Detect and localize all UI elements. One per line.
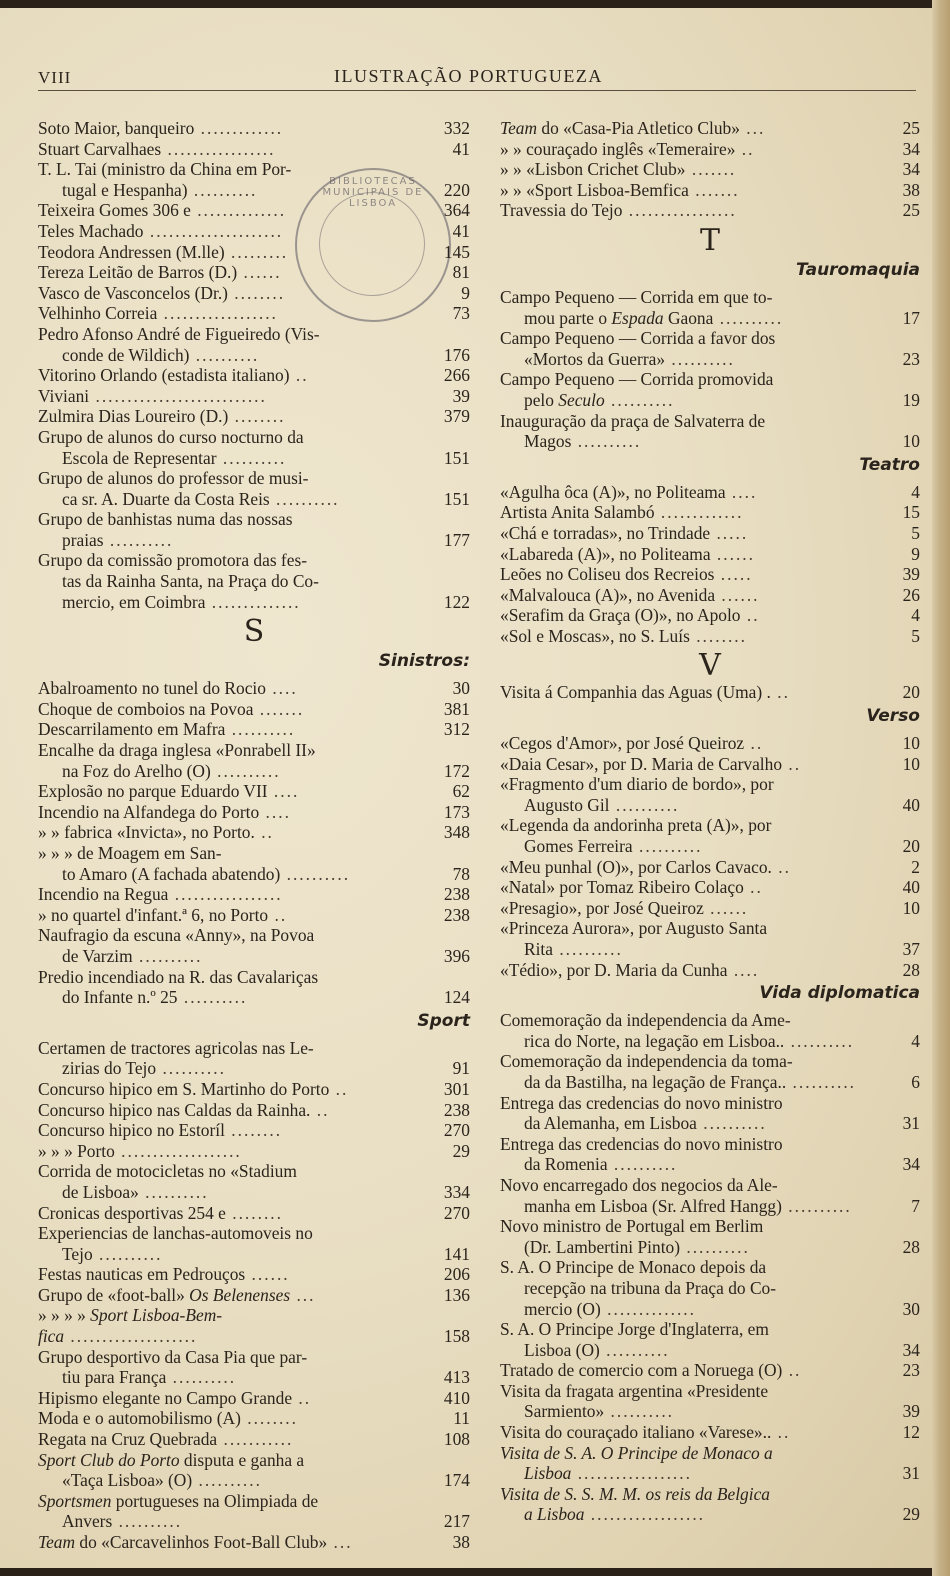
entry-line: Teodora Andressen (M.lle) xyxy=(38,242,225,262)
leader-dots: .. xyxy=(268,905,287,925)
page-reference: 217 xyxy=(432,1511,470,1532)
entry-text: Novo encarregado dos negocios da Ale-man… xyxy=(500,1175,882,1216)
entry-line: Leões no Coliseu dos Recreios xyxy=(500,564,714,584)
section-letter-t: T xyxy=(500,225,920,257)
index-entry: Incendio na Alfandega do Porto ....173 xyxy=(38,802,470,823)
entry-text: «Natal» por Tomaz Ribeiro Colaço .. xyxy=(500,877,882,898)
entry-text: Hipismo elegante no Campo Grande .. xyxy=(38,1388,432,1409)
entry-text: Concurso hipico em S. Martinho do Porto … xyxy=(38,1079,432,1100)
entry-continuation: da Romenia .......... xyxy=(500,1154,882,1175)
entry-continuation: to Amaro (A fachada abatendo) .......... xyxy=(38,864,432,885)
entry-continuation: «Taça Lisboa» (O) .......... xyxy=(38,1470,432,1491)
leader-dots: .......... xyxy=(680,1237,750,1257)
section-heading-sport: Sport xyxy=(38,1010,470,1032)
entry-line: Augusto Gil xyxy=(524,795,610,815)
leader-dots: ................... xyxy=(115,1141,242,1161)
entry-line: Vasco de Vasconcelos (Dr.) xyxy=(38,283,228,303)
index-entry: Leões no Coliseu dos Recreios .....39 xyxy=(500,564,920,585)
index-entry: » » » » Sport Lisboa-Bem-fica ..........… xyxy=(38,1305,470,1346)
index-entry: Pedro Afonso André de Figueiredo (Vis-co… xyxy=(38,324,470,365)
entry-continuation: tas da Rainha Santa, na Praça do Co- xyxy=(38,571,432,592)
entry-continuation: de Lisboa» .......... xyxy=(38,1182,432,1203)
index-entry: Certamen de tractores agricolas nas Le-z… xyxy=(38,1038,470,1079)
page-reference: 31 xyxy=(882,1463,920,1484)
leader-dots: .......... xyxy=(604,1401,674,1421)
index-entry: Grupo da comissão promotora das fes-tas … xyxy=(38,550,470,612)
entry-text: Concurso hipico nas Caldas da Rainha. .. xyxy=(38,1100,432,1121)
entry-text: Grupo de alunos do professor de musi-ca … xyxy=(38,468,432,509)
page-reference: 238 xyxy=(432,905,470,926)
page-reference: 332 xyxy=(432,118,470,139)
page-reference: 206 xyxy=(432,1264,470,1285)
entry-text: S. A. O Principe de Monaco depois darece… xyxy=(500,1257,882,1319)
entry-line: «Princeza Aurora», por Augusto Santa xyxy=(500,918,767,938)
leader-dots: .......... xyxy=(139,1182,209,1202)
page-reference: 266 xyxy=(432,365,470,386)
entry-line: Tejo xyxy=(62,1244,93,1264)
index-entry: Team do «Casa-Pia Atletico Club» ...25 xyxy=(500,118,920,139)
entry-text: Viviani ........................... xyxy=(38,386,432,407)
entry-continuation: fica .................... xyxy=(38,1326,432,1347)
page-reference: 34 xyxy=(882,1154,920,1175)
entry-line: S. A. O Principe Jorge d'Inglaterra, em xyxy=(500,1319,769,1339)
entry-text: «Cegos d'Amor», por José Queiroz .. xyxy=(500,733,882,754)
entry-line: (Dr. Lambertini Pinto) xyxy=(524,1237,680,1257)
section-heading-teatro: Teatro xyxy=(500,454,920,476)
entry-text: Entrega das credencias do novo ministrod… xyxy=(500,1093,882,1134)
index-entry: » » «Lisbon Crichet Club» .......34 xyxy=(500,159,920,180)
leader-dots: .. xyxy=(329,1079,348,1099)
entry-line: Explosão no parque Eduardo VII xyxy=(38,781,268,801)
index-entry: Artista Anita Salambó .............15 xyxy=(500,502,920,523)
entry-text: Travessia do Tejo ................. xyxy=(500,200,882,221)
entry-line: manha em Lisboa (Sr. Alfred Hangg) xyxy=(524,1196,782,1216)
entry-line: » » «Lisbon Crichet Club» xyxy=(500,159,686,179)
page-reference: 124 xyxy=(432,987,470,1008)
page-reference: 151 xyxy=(432,448,470,469)
entry-text: Moda e o automobilismo (A) ........ xyxy=(38,1408,432,1429)
entry-text: Sport Club do Porto disputa e ganha a«Ta… xyxy=(38,1450,432,1491)
page-reference: 37 xyxy=(882,939,920,960)
index-entry: Visita da fragata argentina «PresidenteS… xyxy=(500,1381,920,1422)
page-reference: 5 xyxy=(882,523,920,544)
entry-text: Comemoração da independencia da Ame-rica… xyxy=(500,1010,882,1051)
leader-dots: .......... xyxy=(280,864,350,884)
index-entry: «Sol e Moscas», no S. Luís ........5 xyxy=(500,626,920,647)
entry-line: disputa e ganha a xyxy=(180,1450,305,1470)
entry-line: to Amaro (A fachada abatendo) xyxy=(62,864,280,884)
page-reference: 91 xyxy=(432,1058,470,1079)
leader-dots: .................... xyxy=(64,1326,197,1346)
entry-text: Tereza Leitão de Barros (D.) ...... xyxy=(38,262,432,283)
index-entry: S. A. O Principe de Monaco depois darece… xyxy=(500,1257,920,1319)
entry-text: Regata na Cruz Quebrada ........... xyxy=(38,1429,432,1450)
page-reference: 145 xyxy=(432,242,470,263)
index-entry: » » » Porto ...................29 xyxy=(38,1141,470,1162)
leader-dots: ..................... xyxy=(144,221,284,241)
entry-text: «Legenda da andorinha preta (A)», porGom… xyxy=(500,815,882,856)
entry-line: mercio (O) xyxy=(524,1299,601,1319)
entry-continuation: tugal e Hespanha) .......... xyxy=(38,180,432,201)
leader-dots: .... xyxy=(726,482,758,502)
entry-line: Visita á Companhia das Aguas (Uma) . xyxy=(500,682,771,702)
entry-line: Certamen de tractores agricolas nas Le- xyxy=(38,1038,314,1058)
v-list: Visita á Companhia das Aguas (Uma) . ..2… xyxy=(500,682,920,703)
entry-line: Experiencias de lanchas-automoveis no xyxy=(38,1223,313,1243)
page-reference: 238 xyxy=(432,884,470,905)
page-reference: 220 xyxy=(432,180,470,201)
entry-line: Concurso hipico em S. Martinho do Porto xyxy=(38,1079,329,1099)
page-reference: 4 xyxy=(882,482,920,503)
entry-line: a Lisboa xyxy=(524,1504,584,1524)
entry-text: Campo Pequeno — Corrida promovidapelo Se… xyxy=(500,369,882,410)
entry-continuation: Gomes Ferreira .......... xyxy=(500,836,882,857)
leader-dots: ........ xyxy=(226,1203,283,1223)
page-reference: 301 xyxy=(432,1079,470,1100)
entry-continuation: pelo Seculo .......... xyxy=(500,390,882,411)
entry-continuation: manha em Lisboa (Sr. Alfred Hangg) .....… xyxy=(500,1196,882,1217)
page-reference: 41 xyxy=(432,139,470,160)
entry-line: Entrega das credencias do novo ministro xyxy=(500,1093,783,1113)
entry-line: do «Casa-Pia Atletico Club» xyxy=(537,118,740,138)
index-entry: «Legenda da andorinha preta (A)», porGom… xyxy=(500,815,920,856)
entry-continuation: (Dr. Lambertini Pinto) .......... xyxy=(500,1237,882,1258)
leader-dots: .......... xyxy=(217,448,287,468)
page-reference: 26 xyxy=(882,585,920,606)
entry-line: Comemoração da independencia da Ame- xyxy=(500,1010,791,1030)
page-reference: 81 xyxy=(432,262,470,283)
index-entry: Incendio na Regua .................238 xyxy=(38,884,470,905)
leader-dots: ........ xyxy=(228,406,285,426)
leader-dots: ...... xyxy=(237,262,281,282)
page-reference: 2 xyxy=(882,857,920,878)
leader-dots: ................. xyxy=(168,884,282,904)
leader-dots: .. xyxy=(782,1360,801,1380)
entry-continuation: ca sr. A. Duarte da Costa Reis .........… xyxy=(38,489,432,510)
index-entry: » » » de Moagem em San-to Amaro (A facha… xyxy=(38,843,470,884)
entry-line: » » fabrica «Invicta», no Porto. xyxy=(38,822,255,842)
entry-text: Grupo de «foot-ball» Os Belenenses ... xyxy=(38,1285,432,1306)
entry-continuation: da da Bastilha, na legação de França.. .… xyxy=(500,1072,882,1093)
leader-dots: ........ xyxy=(228,283,285,303)
entry-line: » » » Porto xyxy=(38,1141,115,1161)
entry-line: «Daia Cesar», por D. Maria de Carvalho xyxy=(500,754,782,774)
leader-dots: .......... xyxy=(93,1244,163,1264)
page-reference: 312 xyxy=(432,719,470,740)
entry-line: Tratado de comercio com a Noruega (O) xyxy=(500,1360,782,1380)
page-reference: 41 xyxy=(432,221,470,242)
entry-text: «Labareda (A)», no Politeama ...... xyxy=(500,544,882,565)
entry-continuation: conde de Wildich) .......... xyxy=(38,345,432,366)
entry-text: » » «Lisbon Crichet Club» ....... xyxy=(500,159,882,180)
entry-line: Sport Lisboa-Bem- xyxy=(90,1305,222,1325)
entry-text: Naufragio da escuna «Anny», na Povoade V… xyxy=(38,925,432,966)
page-reference: 176 xyxy=(432,345,470,366)
entry-line: Encalhe da draga inglesa «Ponrabell II» xyxy=(38,740,316,760)
page-reference: 4 xyxy=(882,1031,920,1052)
entry-line: Naufragio da escuna «Anny», na Povoa xyxy=(38,925,314,945)
leader-dots: ........... xyxy=(217,1429,293,1449)
leader-dots: .......... xyxy=(211,761,281,781)
entry-line: «Taça Lisboa» (O) xyxy=(62,1470,192,1490)
entry-line: Concurso hipico no Estoríl xyxy=(38,1120,225,1140)
index-entry: «Tédio», por D. Maria da Cunha ....28 xyxy=(500,960,920,981)
entry-line: Grupo desportivo da Casa Pia que par- xyxy=(38,1347,307,1367)
page-reference: 39 xyxy=(882,564,920,585)
entry-line: Entrega das credencias do novo ministro xyxy=(500,1134,783,1154)
entry-line: «Fragmento d'um diario de bordo», por xyxy=(500,774,774,794)
leader-dots: .............. xyxy=(191,200,286,220)
page-reference: 34 xyxy=(882,139,920,160)
leader-dots: .... xyxy=(727,960,759,980)
sinistros-list: Abalroamento no tunel do Rocio ....30Cho… xyxy=(38,678,470,1008)
entry-line: Predio incendiado na R. das Cavalariças xyxy=(38,967,318,987)
entry-text: Teodora Andressen (M.lle) ......... xyxy=(38,242,432,263)
entry-line: da da Bastilha, na legação de França.. xyxy=(524,1072,786,1092)
index-entry: Experiencias de lanchas-automoveis noTej… xyxy=(38,1223,470,1264)
index-entry: Grupo de alunos do professor de musi-ca … xyxy=(38,468,470,509)
leader-dots: .......... xyxy=(608,1154,678,1174)
leader-dots: .......... xyxy=(104,530,174,550)
entry-text: Concurso hipico no Estoríl ........ xyxy=(38,1120,432,1141)
page-edge xyxy=(932,0,950,1576)
page-reference: 25 xyxy=(882,118,920,139)
leader-dots: ......... xyxy=(225,242,288,262)
entry-text: Comemoração da independencia da toma-da … xyxy=(500,1051,882,1092)
entry-line: Pedro Afonso André de Figueiredo (Vis- xyxy=(38,324,320,344)
entry-text: Team do «Carcavelinhos Foot-Ball Club» .… xyxy=(38,1532,432,1553)
entry-text: Choque de comboios na Povoa ....... xyxy=(38,699,432,720)
entry-text: «Princeza Aurora», por Augusto SantaRita… xyxy=(500,918,882,959)
leader-dots: ............. xyxy=(655,502,744,522)
index-entry: Vasco de Vasconcelos (Dr.) ........9 xyxy=(38,283,470,304)
entry-line: «Mortos da Guerra» xyxy=(524,349,665,369)
index-entry: «Agulha ôca (A)», no Politeama ....4 xyxy=(500,482,920,503)
index-entry: Concurso hipico no Estoríl ........270 xyxy=(38,1120,470,1141)
page-reference: 141 xyxy=(432,1244,470,1265)
leader-dots: ...... xyxy=(715,585,759,605)
entry-continuation: praias .......... xyxy=(38,530,432,551)
entry-line: Artista Anita Salambó xyxy=(500,502,655,522)
index-entry: » » couraçado inglês «Temeraire» ..34 xyxy=(500,139,920,160)
entry-line: de Lisboa» xyxy=(62,1182,139,1202)
entry-text: Pedro Afonso André de Figueiredo (Vis-co… xyxy=(38,324,432,365)
leader-dots: ............. xyxy=(194,118,283,138)
leader-dots: .......... xyxy=(178,987,248,1007)
leader-dots: ...... xyxy=(704,898,748,918)
entry-text: Visita do couraçado italiano «Varese».. … xyxy=(500,1422,882,1443)
index-entry: T. L. Tai (ministro da China em Por-tuga… xyxy=(38,159,470,200)
entry-line: Novo encarregado dos negocios da Ale- xyxy=(500,1175,778,1195)
page-reference: 334 xyxy=(432,1182,470,1203)
leader-dots: .......... xyxy=(610,795,680,815)
entry-line: » » «Sport Lisboa-Bemfica xyxy=(500,180,689,200)
index-entry: «Meu punhal (O)», por Carlos Cavaco. ..2 xyxy=(500,857,920,878)
verso-list: «Cegos d'Amor», por José Queiroz ..10«Da… xyxy=(500,733,920,980)
leader-dots: ................. xyxy=(161,139,275,159)
entry-text: Explosão no parque Eduardo VII .... xyxy=(38,781,432,802)
entry-text: «Meu punhal (O)», por Carlos Cavaco. .. xyxy=(500,857,882,878)
entry-line: rica do Norte, na legação em Lisboa.. xyxy=(524,1031,784,1051)
entry-text: Vasco de Vasconcelos (Dr.) ........ xyxy=(38,283,432,304)
leader-dots: ....... xyxy=(689,180,740,200)
leader-dots: .... xyxy=(268,781,300,801)
leader-dots: .. xyxy=(744,733,763,753)
entry-continuation: mou parte o Espada Gaona .......... xyxy=(500,308,882,329)
entry-text: Abalroamento no tunel do Rocio .... xyxy=(38,678,432,699)
index-entry: Teixeira Gomes 306 e ..............364 xyxy=(38,200,470,221)
entry-line: «Presagio», por José Queiroz xyxy=(500,898,704,918)
entry-line: na Foz do Arelho (O) xyxy=(62,761,211,781)
page-reference: 172 xyxy=(432,761,470,782)
index-entry: Visita de S. S. M. M. os reis da Belgica… xyxy=(500,1484,920,1525)
entry-line: Descarrilamento em Mafra xyxy=(38,719,225,739)
index-entry: Cronicas desportivas 254 e ........270 xyxy=(38,1203,470,1224)
entry-line: Espada xyxy=(611,308,663,328)
index-entry: Corrida de motocicletas no «Stadiumde Li… xyxy=(38,1161,470,1202)
entry-line: Anvers xyxy=(62,1511,112,1531)
section-heading-vida-diplomatica: Vida diplomatica xyxy=(500,982,920,1004)
index-entry: Team do «Carcavelinhos Foot-Ball Club» .… xyxy=(38,1532,470,1553)
entry-text: Experiencias de lanchas-automoveis noTej… xyxy=(38,1223,432,1264)
page-reference: 7 xyxy=(882,1196,920,1217)
leader-dots: .. xyxy=(735,139,754,159)
page-reference: 364 xyxy=(432,200,470,221)
entry-text: «Tédio», por D. Maria da Cunha .... xyxy=(500,960,882,981)
entry-text: Campo Pequeno — Corrida a favor dos«Mort… xyxy=(500,328,882,369)
entry-continuation: Tejo .......... xyxy=(38,1244,432,1265)
page-reference: 19 xyxy=(882,390,920,411)
entry-text: » » fabrica «Invicta», no Porto. .. xyxy=(38,822,432,843)
entry-text: T. L. Tai (ministro da China em Por-tuga… xyxy=(38,159,432,200)
index-entry: » » «Sport Lisboa-Bemfica .......38 xyxy=(500,180,920,201)
entry-text: Descarrilamento em Mafra .......... xyxy=(38,719,432,740)
entry-line: Grupo da comissão promotora das fes- xyxy=(38,550,307,570)
leader-dots: ....... xyxy=(686,159,737,179)
index-entry: Comemoração da independencia da Ame-rica… xyxy=(500,1010,920,1051)
index-entry: Explosão no parque Eduardo VII ....62 xyxy=(38,781,470,802)
leader-dots: .. xyxy=(255,822,274,842)
index-entry: Novo ministro de Portugal em Berlim(Dr. … xyxy=(500,1216,920,1257)
entry-line: Magos xyxy=(524,431,571,451)
entry-line: Sport Club do Porto xyxy=(38,1450,180,1470)
entry-line: Gaona xyxy=(664,308,714,328)
page-reference: 34 xyxy=(882,159,920,180)
leader-dots: .......... xyxy=(713,308,783,328)
entry-text: «Malvalouca (A)», no Avenida ...... xyxy=(500,585,882,606)
index-entry: Entrega das credencias do novo ministrod… xyxy=(500,1134,920,1175)
page-reference: 17 xyxy=(882,308,920,329)
entry-line: da Romenia xyxy=(524,1154,608,1174)
entry-continuation: Anvers .......... xyxy=(38,1511,432,1532)
entry-line: «Malvalouca (A)», no Avenida xyxy=(500,585,715,605)
page-reference: 23 xyxy=(882,1360,920,1381)
entry-line: Cronicas desportivas 254 e xyxy=(38,1203,226,1223)
index-entry: Zulmira Dias Loureiro (D.) ........379 xyxy=(38,406,470,427)
section-letter-v: V xyxy=(500,650,920,682)
page-reference: 379 xyxy=(432,406,470,427)
page-reference: 11 xyxy=(432,1408,470,1429)
entry-line: » no quartel d'infant.ª 6, no Porto xyxy=(38,905,268,925)
leader-dots: .......... xyxy=(784,1031,854,1051)
index-entry: Grupo de «foot-ball» Os Belenenses ...13… xyxy=(38,1285,470,1306)
running-title: ILUSTRAÇÃO PORTUGUEZA xyxy=(334,66,603,87)
index-entry: Encalhe da draga inglesa «Ponrabell II»n… xyxy=(38,740,470,781)
index-entry: «Princeza Aurora», por Augusto SantaRita… xyxy=(500,918,920,959)
entry-continuation: Sarmiento» .......... xyxy=(500,1401,882,1422)
entry-text: Predio incendiado na R. das Cavalariçasd… xyxy=(38,967,432,1008)
entry-text: Soto Maior, banqueiro ............. xyxy=(38,118,432,139)
entry-line: portugueses na Olimpiada de xyxy=(111,1491,318,1511)
leader-dots: .......... xyxy=(166,1367,236,1387)
page-reference: 23 xyxy=(882,349,920,370)
entry-continuation: a Lisboa .................. xyxy=(500,1504,882,1525)
leader-dots: .......... xyxy=(225,719,295,739)
entry-text: Novo ministro de Portugal em Berlim(Dr. … xyxy=(500,1216,882,1257)
entry-text: Stuart Carvalhaes ................. xyxy=(38,139,432,160)
page-reference: 73 xyxy=(432,303,470,324)
index-entry: «Cegos d'Amor», por José Queiroz ..10 xyxy=(500,733,920,754)
leader-dots: ................. xyxy=(622,200,736,220)
entry-continuation: de Varzim .......... xyxy=(38,946,432,967)
tauromaquia-list: Campo Pequeno — Corrida em que to-mou pa… xyxy=(500,287,920,452)
entry-continuation: Lisboa .................. xyxy=(500,1463,882,1484)
page-reference: 10 xyxy=(882,733,920,754)
leader-dots: .... xyxy=(259,802,291,822)
index-entry: Velhinho Correia ..................73 xyxy=(38,303,470,324)
leader-dots: .. xyxy=(292,1388,311,1408)
page-reference: 158 xyxy=(432,1326,470,1347)
leader-dots: .. xyxy=(741,605,760,625)
index-entry: «Daia Cesar», por D. Maria de Carvalho .… xyxy=(500,754,920,775)
entry-line: «Chá e torradas», no Trindade xyxy=(500,523,710,543)
page-reference: 39 xyxy=(432,386,470,407)
index-entry: Festas nauticas em Pedrouços ......206 xyxy=(38,1264,470,1285)
page-reference: 20 xyxy=(882,682,920,703)
entry-line: pelo xyxy=(524,390,558,410)
entry-line: Rita xyxy=(524,939,553,959)
leader-dots: ........ xyxy=(225,1120,282,1140)
section-heading-verso: Verso xyxy=(500,705,920,727)
page-reference: 25 xyxy=(882,200,920,221)
entry-text: Team do «Casa-Pia Atletico Club» ... xyxy=(500,118,882,139)
entry-text: Cronicas desportivas 254 e ........ xyxy=(38,1203,432,1224)
entry-line: Comemoração da independencia da toma- xyxy=(500,1051,793,1071)
index-entry: Tereza Leitão de Barros (D.) ......81 xyxy=(38,262,470,283)
leader-dots: ........ xyxy=(241,1408,298,1428)
entry-continuation: do Infante n.º 25 .......... xyxy=(38,987,432,1008)
entry-text: «Sol e Moscas», no S. Luís ........ xyxy=(500,626,882,647)
index-entry: Campo Pequeno — Corrida em que to-mou pa… xyxy=(500,287,920,328)
entry-line: Sarmiento» xyxy=(524,1401,604,1421)
leader-dots: .. xyxy=(772,857,791,877)
page-reference: 10 xyxy=(882,431,920,452)
entry-text: Grupo desportivo da Casa Pia que par-tiu… xyxy=(38,1347,432,1388)
leader-dots: .................. xyxy=(584,1504,705,1524)
entry-line: «Agulha ôca (A)», no Politeama xyxy=(500,482,726,502)
entry-text: «Fragmento d'um diario de bordo», porAug… xyxy=(500,774,882,815)
entry-line: Grupo de alunos do professor de musi- xyxy=(38,468,308,488)
index-entry: Moda e o automobilismo (A) ........11 xyxy=(38,1408,470,1429)
entry-text: Incendio na Regua ................. xyxy=(38,884,432,905)
page-reference: 348 xyxy=(432,822,470,843)
entry-line: Vitorino Orlando (estadista italiano) xyxy=(38,365,290,385)
entry-text: Sportsmen portugueses na Olimpiada deAnv… xyxy=(38,1491,432,1532)
entry-text: » » «Sport Lisboa-Bemfica ....... xyxy=(500,180,882,201)
entry-text: Visita de S. S. M. M. os reis da Belgica… xyxy=(500,1484,882,1525)
leader-dots: ..... xyxy=(710,523,748,543)
index-entry: «Malvalouca (A)», no Avenida ......26 xyxy=(500,585,920,606)
